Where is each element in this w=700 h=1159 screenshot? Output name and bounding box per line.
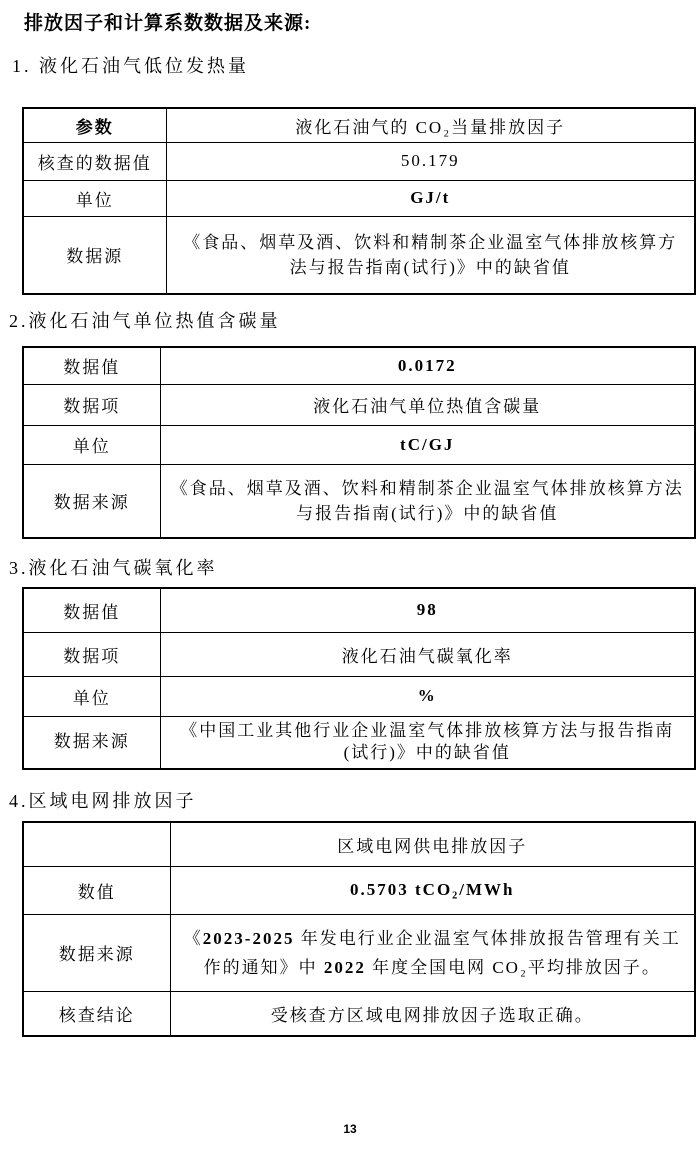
row-value: GJ/t [166,180,695,216]
source-text-line: (试行)》中的缺省值 [169,742,687,764]
row-label: 数据来源 [23,914,170,991]
source-text-line: 法与报告指南(试行)》中的缺省值 [175,255,687,280]
page-heading: 排放因子和计算系数数据及来源: [24,8,311,35]
table-row: 核查结论 受核查方区域电网排放因子选取正确。 [23,991,695,1036]
row-value: tC/GJ [160,425,695,464]
source-text-line: 与报告指南(试行)》中的缺省值 [169,501,687,526]
row-value: 受核查方区域电网排放因子选取正确。 [170,991,695,1036]
row-label: 单位 [23,180,166,216]
row-label: 数据项 [23,384,160,425]
row-value: 0.5703 tCO₂/MWh [170,866,695,914]
source-text-part: 2023-2025 [203,929,295,948]
table-row: 数值 0.5703 tCO₂/MWh [23,866,695,914]
table-row: 数据来源 《中国工业其他行业企业温室气体排放核算方法与报告指南 (试行)》中的缺… [23,716,695,769]
source-text-line: 《中国工业其他行业企业温室气体排放核算方法与报告指南 [169,720,687,742]
row-label: 核查的数据值 [23,142,166,180]
row-value: 98 [160,588,695,632]
source-text-part: 《 [184,929,203,948]
table-row: 数据值 0.0172 [23,347,695,384]
row-value: 0.0172 [160,347,695,384]
row-value: 《2023-2025 年发电行业企业温室气体排放报告管理有关工作的通知》中 20… [170,914,695,991]
table-row: 核查的数据值 50.179 [23,142,695,180]
table-lpg-carbon-content: 数据值 0.0172 数据项 液化石油气单位热值含碳量 单位 tC/GJ 数据来… [22,346,696,539]
row-value: 液化石油气单位热值含碳量 [160,384,695,425]
source-text-line: 《食品、烟草及酒、饮料和精制茶企业温室气体排放核算方法 [169,476,687,501]
row-value: % [160,676,695,716]
source-text-part: 年度全国电网 CO₂平均排放因子。 [366,958,661,977]
row-value: 《食品、烟草及酒、饮料和精制茶企业温室气体排放核算方 法与报告指南(试行)》中的… [166,216,695,294]
row-label: 数据来源 [23,716,160,769]
row-label: 数值 [23,866,170,914]
table-row: 参数 液化石油气的 CO₂当量排放因子 [23,108,695,142]
row-label: 数据值 [23,588,160,632]
source-text-part: 的通知》中 [223,958,324,977]
table-row: 单位 tC/GJ [23,425,695,464]
section-1-title: 1. 液化石油气低位发热量 [12,52,249,78]
source-text-part: 2022 [324,958,366,977]
row-label: 数据来源 [23,464,160,538]
table-row: 数据源 《食品、烟草及酒、饮料和精制茶企业温室气体排放核算方 法与报告指南(试行… [23,216,695,294]
table-lpg-ncv: 参数 液化石油气的 CO₂当量排放因子 核查的数据值 50.179 单位 GJ/… [22,107,696,295]
table-row: 数据项 液化石油气单位热值含碳量 [23,384,695,425]
table-row: 数据来源 《食品、烟草及酒、饮料和精制茶企业温室气体排放核算方法 与报告指南(试… [23,464,695,538]
row-label: 核查结论 [23,991,170,1036]
row-label: 单位 [23,676,160,716]
row-value: 《食品、烟草及酒、饮料和精制茶企业温室气体排放核算方法 与报告指南(试行)》中的… [160,464,695,538]
row-label: 数据值 [23,347,160,384]
source-text-line: 《食品、烟草及酒、饮料和精制茶企业温室气体排放核算方 [175,230,687,255]
table-row: 单位 GJ/t [23,180,695,216]
table-row: 数据值 98 [23,588,695,632]
section-4-title: 4.区域电网排放因子 [9,787,197,813]
row-label: 参数 [23,108,166,142]
table-row: 区域电网供电排放因子 [23,822,695,866]
row-value: 液化石油气的 CO₂当量排放因子 [166,108,695,142]
row-label: 数据源 [23,216,166,294]
document-page: 排放因子和计算系数数据及来源: 1. 液化石油气低位发热量 参数 液化石油气的 … [0,0,700,1159]
section-2-title: 2.液化石油气单位热值含碳量 [9,307,281,333]
page-number: 13 [0,1122,700,1136]
section-3-title: 3.液化石油气碳氧化率 [9,554,218,580]
row-label [23,822,170,866]
row-value: 液化石油气碳氧化率 [160,632,695,676]
table-row: 单位 % [23,676,695,716]
row-label: 数据项 [23,632,160,676]
row-value: 区域电网供电排放因子 [170,822,695,866]
table-lpg-oxidation-rate: 数据值 98 数据项 液化石油气碳氧化率 单位 % 数据来源 《中国工业其他行业… [22,587,696,770]
table-grid-emission-factor: 区域电网供电排放因子 数值 0.5703 tCO₂/MWh 数据来源 《2023… [22,821,696,1037]
row-value: 《中国工业其他行业企业温室气体排放核算方法与报告指南 (试行)》中的缺省值 [160,716,695,769]
row-value: 50.179 [166,142,695,180]
table-row: 数据项 液化石油气碳氧化率 [23,632,695,676]
table-row: 数据来源 《2023-2025 年发电行业企业温室气体排放报告管理有关工作的通知… [23,914,695,991]
row-label: 单位 [23,425,160,464]
